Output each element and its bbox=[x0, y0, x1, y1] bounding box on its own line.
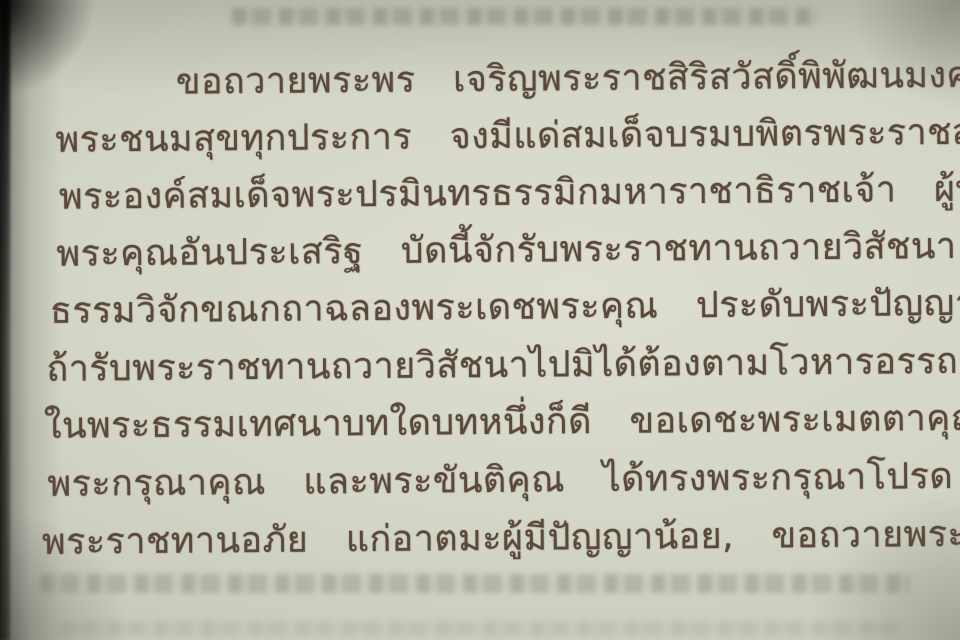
text-line-2: พระชนมสุขทุกประการ จงมีแด่สมเด็จบรมบพิตร… bbox=[55, 102, 960, 168]
text-line-6: ถ้ารับพระราชทานถวายวิสัชนาไปมิได้ต้องตาม… bbox=[46, 331, 960, 397]
text-line-5: ธรรมวิจักขณกถาฉลองพระเดชพระคุณ ประดับพระ… bbox=[50, 273, 960, 339]
text-line-9: พระราชทานอภัย แก่อาตมะผู้มีปัญญาน้อย, ขอ… bbox=[42, 504, 960, 570]
book-page-photo: ขอถวายพระพร เจริญพระราชสิริสวัสดิ์พิพัฒน… bbox=[0, 0, 960, 640]
text-line-1: ขอถวายพระพร เจริญพระราชสิริสวัสดิ์พิพัฒน… bbox=[176, 46, 960, 110]
text-line-4: พระคุณอันประเสริฐ บัดนี้จักรับพระราชทานถ… bbox=[56, 216, 960, 282]
text-line-3: พระองค์สมเด็จพระปรมินทรธรรมิกมหาราชาธิรา… bbox=[59, 159, 960, 224]
text-line-7: ในพระธรรมเทศนาบทใดบทหนึ่งก็ดี ขอเดชะพระเ… bbox=[44, 389, 960, 454]
text-line-8: พระกรุณาคุณ และพระขันติคุณ ได้ทรงพระกรุณ… bbox=[47, 447, 953, 512]
sermon-paragraph: ขอถวายพระพร เจริญพระราชสิริสวัสดิ์พิพัฒน… bbox=[0, 0, 960, 640]
